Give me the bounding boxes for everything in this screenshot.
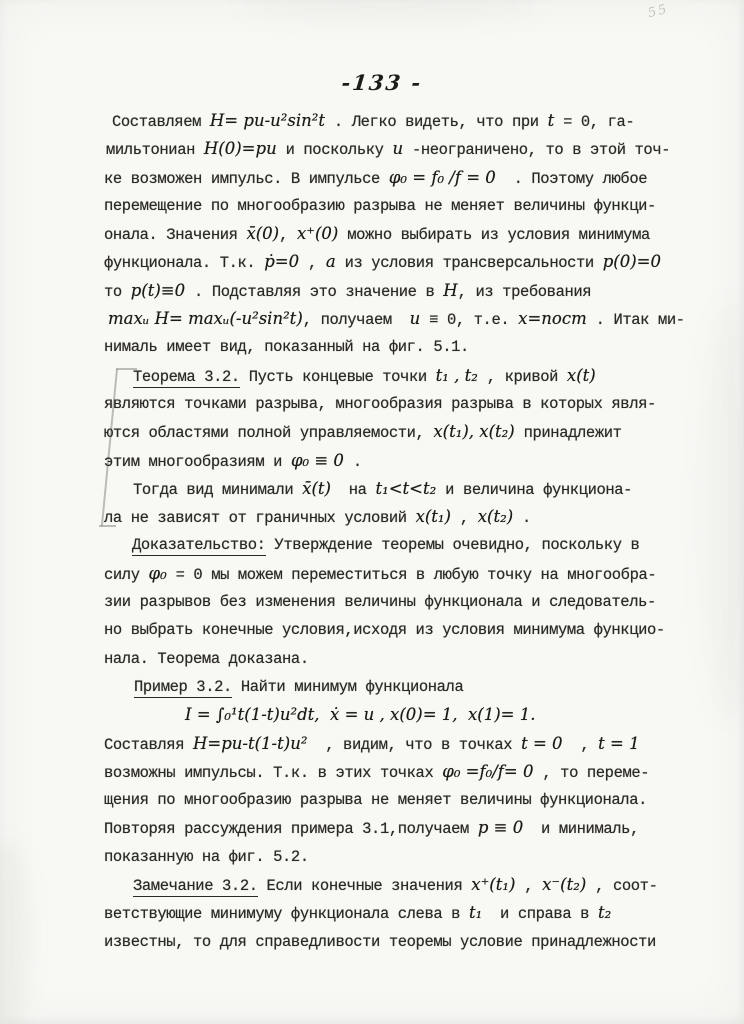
handwritten-formula: x⁻(t₂)	[542, 875, 586, 894]
typewritten-text: , видим, что в точках	[307, 736, 521, 754]
text-line: этим многообразиям и φ₀ ≡ 0 .	[104, 447, 684, 475]
typewritten-text: на	[331, 481, 376, 499]
text-line: функционала. Т.к. ṗ=0 , a из условия тра…	[104, 248, 684, 276]
typewritten-text: , то переме-	[533, 764, 649, 782]
text-line: показанную на фиг. 5.2.	[104, 843, 684, 871]
typewritten-text: зии разрывов без изменения величины функ…	[104, 593, 656, 611]
typewritten-text: , соот-	[586, 877, 657, 895]
text-line: Теорема 3.2. Пусть концевые точки t₁ , t…	[104, 362, 684, 390]
handwritten-formula: p(t)≡0	[131, 281, 185, 300]
typewritten-text: .	[344, 453, 362, 471]
typewritten-text: перемещение по многообразию разрыва не м…	[104, 197, 656, 215]
handwritten-formula: x̄(t)	[302, 479, 331, 498]
handwritten-formula: x⁺(t₁)	[471, 875, 515, 894]
typewritten-text: мильтониан	[106, 141, 204, 159]
text-line: Доказательство: Утверждение теоремы очев…	[104, 531, 684, 559]
typewritten-text: известны, то для справедливости теоремы …	[104, 933, 656, 951]
typewritten-text: являются точками разрыва, многообразия р…	[104, 395, 656, 413]
typewritten-text: нала. Теорема доказана.	[104, 650, 309, 668]
typewritten-text: Утверждение теоремы очевидно, поскольку …	[266, 536, 640, 554]
text-line: известны, то для справедливости теоремы …	[104, 928, 684, 956]
handwritten-formula: x̄(0)	[246, 224, 279, 243]
text-line: зии разрывов без изменения величины функ…	[104, 588, 684, 616]
text-line: I = ∫₀¹t(1-t)u²dt, ẋ = u , x(0)= 1, x(1)…	[104, 701, 684, 729]
typewritten-text: и справа в	[482, 905, 598, 923]
handwritten-formula: φ₀ =f₀/f= 0	[442, 762, 533, 781]
typewritten-text: . Подставляя это значение в	[185, 283, 443, 301]
handwritten-formula: p ≡ 0	[478, 818, 523, 837]
typewritten-text: . Итак ми-	[587, 311, 685, 329]
text-line: силу φ₀ = 0 мы можем переместиться в люб…	[104, 560, 684, 588]
underlined-heading: Доказательство:	[132, 536, 266, 556]
typewritten-text: Тогда вид минимали	[133, 481, 302, 499]
handwritten-formula: t₁	[469, 903, 482, 922]
handwritten-formula: x(t₂)	[478, 507, 513, 526]
typewritten-text: нималь имеет вид, показанный на фиг. 5.1…	[104, 338, 469, 356]
page-text: Составляем H= pu-u²sin²t . Легко видеть,…	[104, 107, 684, 956]
typewritten-text: принадлежит	[515, 424, 622, 442]
handwritten-formula: p(0)=0	[603, 252, 661, 271]
typewritten-text: Составляем	[112, 113, 210, 131]
underlined-heading: Теорема 3.2.	[133, 368, 240, 388]
handwritten-formula: a	[326, 252, 336, 271]
typewritten-text: , из требования	[458, 283, 592, 301]
text-line: онала. Значения x̄(0), x⁺(0) можно выбир…	[104, 220, 684, 248]
handwritten-formula: φ₀	[149, 564, 167, 583]
typewritten-text: . Поэтому любое	[496, 170, 647, 188]
underlined-heading: Замечание 3.2.	[133, 877, 258, 897]
typewritten-text: .	[513, 509, 531, 527]
typewritten-text: но выбрать конечные условия,исходя из ус…	[104, 621, 665, 639]
typewritten-text: из условия трансверсальности	[336, 254, 603, 272]
typewritten-text: возможны импульсы. Т.к. в этих точках	[104, 764, 442, 782]
handwritten-formula: φ₀ ≡ 0	[291, 451, 344, 470]
text-line: то p(t)≡0 . Подставляя это значение в H,…	[104, 277, 684, 305]
handwritten-formula: I = ∫₀¹t(1-t)u²dt, ẋ = u , x(0)= 1, x(1)…	[185, 705, 536, 724]
typewritten-text: ≡ 0, т.е.	[420, 311, 518, 329]
typewritten-text: ,	[451, 509, 478, 527]
typewritten-text: , кривой	[478, 368, 567, 386]
typewritten-text: силу	[104, 566, 149, 584]
scan-smudge	[0, 840, 32, 1024]
text-line: maxᵤ H= maxᵤ(-u²sin²t), получаем u ≡ 0, …	[104, 305, 684, 333]
typewritten-text: щения по многообразию разрыва не меняет …	[104, 791, 647, 809]
text-line: ются областями полной управляемости, x(t…	[104, 418, 684, 446]
typewritten-text: = 0 мы можем переместиться в любую точку…	[167, 566, 657, 584]
scan-smudge	[240, 0, 540, 22]
scanned-page: 55 -133 - Составляем H= pu-u²sin²t . Лег…	[0, 0, 744, 1024]
typewritten-text: и минималь,	[523, 820, 639, 838]
typewritten-text: этим многообразиям и	[104, 453, 291, 471]
typewritten-text: то	[104, 283, 131, 301]
typewritten-text: -неограничено, то в этой точ-	[403, 141, 670, 159]
text-line: Замечание 3.2. Если конечные значения x⁺…	[104, 871, 684, 899]
typewritten-text: и поскольку	[277, 141, 393, 159]
text-line: перемещение по многообразию разрыва не м…	[104, 192, 684, 220]
handwritten-formula: H(0)=pu	[204, 139, 277, 158]
typewritten-text: Составляя	[104, 736, 193, 754]
handwritten-formula: x=пост	[518, 309, 587, 328]
scan-smudge	[700, 300, 744, 720]
text-line: щения по многообразию разрыва не меняет …	[104, 786, 684, 814]
handwritten-formula: maxᵤ H= maxᵤ(-u²sin²t)	[108, 309, 303, 328]
text-line: но выбрать конечные условия,исходя из ус…	[104, 616, 684, 644]
text-line: являются точками разрыва, многообразия р…	[104, 390, 684, 418]
text-line: нималь имеет вид, показанный на фиг. 5.1…	[104, 333, 684, 361]
typewritten-text: ке возможен импульс. В импульсе	[104, 170, 389, 188]
handwritten-formula: x(t)	[567, 366, 596, 385]
handwritten-formula: t = 0	[521, 734, 562, 753]
typewritten-text: и величина функциона-	[436, 481, 632, 499]
typewritten-text: ла не зависят от граничных условий	[104, 509, 416, 527]
handwritten-formula: H	[443, 281, 457, 300]
handwritten-formula: t₁ , t₂	[436, 366, 478, 385]
text-line: Составляем H= pu-u²sin²t . Легко видеть,…	[104, 107, 684, 135]
text-line: Тогда вид минимали x̄(t) на t₁<t<t₂ и ве…	[104, 475, 684, 503]
handwritten-formula: t₂	[598, 903, 611, 922]
typewritten-text: , получаем	[303, 311, 410, 329]
typewritten-text: Повторяя рассуждения примера 3.1,получае…	[104, 820, 478, 838]
typewritten-text: Пусть концевые точки	[240, 368, 436, 386]
handwritten-formula: t = 1	[598, 734, 639, 753]
handwritten-formula: ṗ=0	[264, 252, 299, 271]
typewritten-text: можно выбирать из условия минимума	[338, 226, 650, 244]
handwritten-formula: u	[410, 309, 421, 328]
handwritten-formula: H= pu-u²sin²t	[210, 111, 325, 130]
text-line: ветствующие минимуму функционала слева в…	[104, 899, 684, 927]
handwritten-formula: t₁<t<t₂	[375, 479, 436, 498]
typewritten-text: ,	[515, 877, 542, 895]
text-line: ке возможен импульс. В импульсе φ₀ = f₀ …	[104, 164, 684, 192]
typewritten-text: = 0, га-	[554, 113, 634, 131]
text-line: Составляя H=pu-t(1-t)u² , видим, что в т…	[104, 730, 684, 758]
text-line: нала. Теорема доказана.	[104, 645, 684, 673]
handwritten-formula: x(t₁)	[416, 507, 451, 526]
handwritten-formula: x⁺(0)	[297, 224, 338, 243]
typewritten-text: Если конечные значения	[258, 877, 472, 895]
text-line: возможны импульсы. Т.к. в этих точках φ₀…	[104, 758, 684, 786]
typewritten-text: . Легко видеть, что при	[325, 113, 548, 131]
typewritten-text: ,	[279, 226, 297, 244]
text-line: Повторяя рассуждения примера 3.1,получае…	[104, 814, 684, 842]
text-line: мильтониан H(0)=pu и поскольку u -неогра…	[104, 135, 684, 163]
typewritten-text: ,	[299, 254, 326, 272]
typewritten-text: ,	[563, 736, 599, 754]
typewritten-text: ветствующие минимуму функционала слева в	[104, 905, 469, 923]
handwritten-formula: x(t₁), x(t₂)	[433, 422, 514, 441]
typewritten-text: онала. Значения	[104, 226, 246, 244]
handwritten-formula: u	[392, 139, 403, 158]
page-number: -133 -	[103, 70, 662, 95]
text-line: ла не зависят от граничных условий x(t₁)…	[104, 503, 684, 531]
typewritten-text: ются областями полной управляемости,	[104, 424, 433, 442]
corner-pencil-mark: 55	[646, 2, 670, 22]
handwritten-formula: φ₀ = f₀ /f = 0	[389, 168, 496, 187]
typewritten-text: функционала. Т.к.	[104, 254, 264, 272]
handwritten-formula: H=pu-t(1-t)u²	[193, 734, 307, 753]
underlined-heading: Пример 3.2.	[134, 678, 232, 698]
typewritten-text: Найти минимум функционала	[232, 678, 463, 696]
text-line: Пример 3.2. Найти минимум функционала	[104, 673, 684, 701]
typewritten-text: показанную на фиг. 5.2.	[104, 848, 309, 866]
